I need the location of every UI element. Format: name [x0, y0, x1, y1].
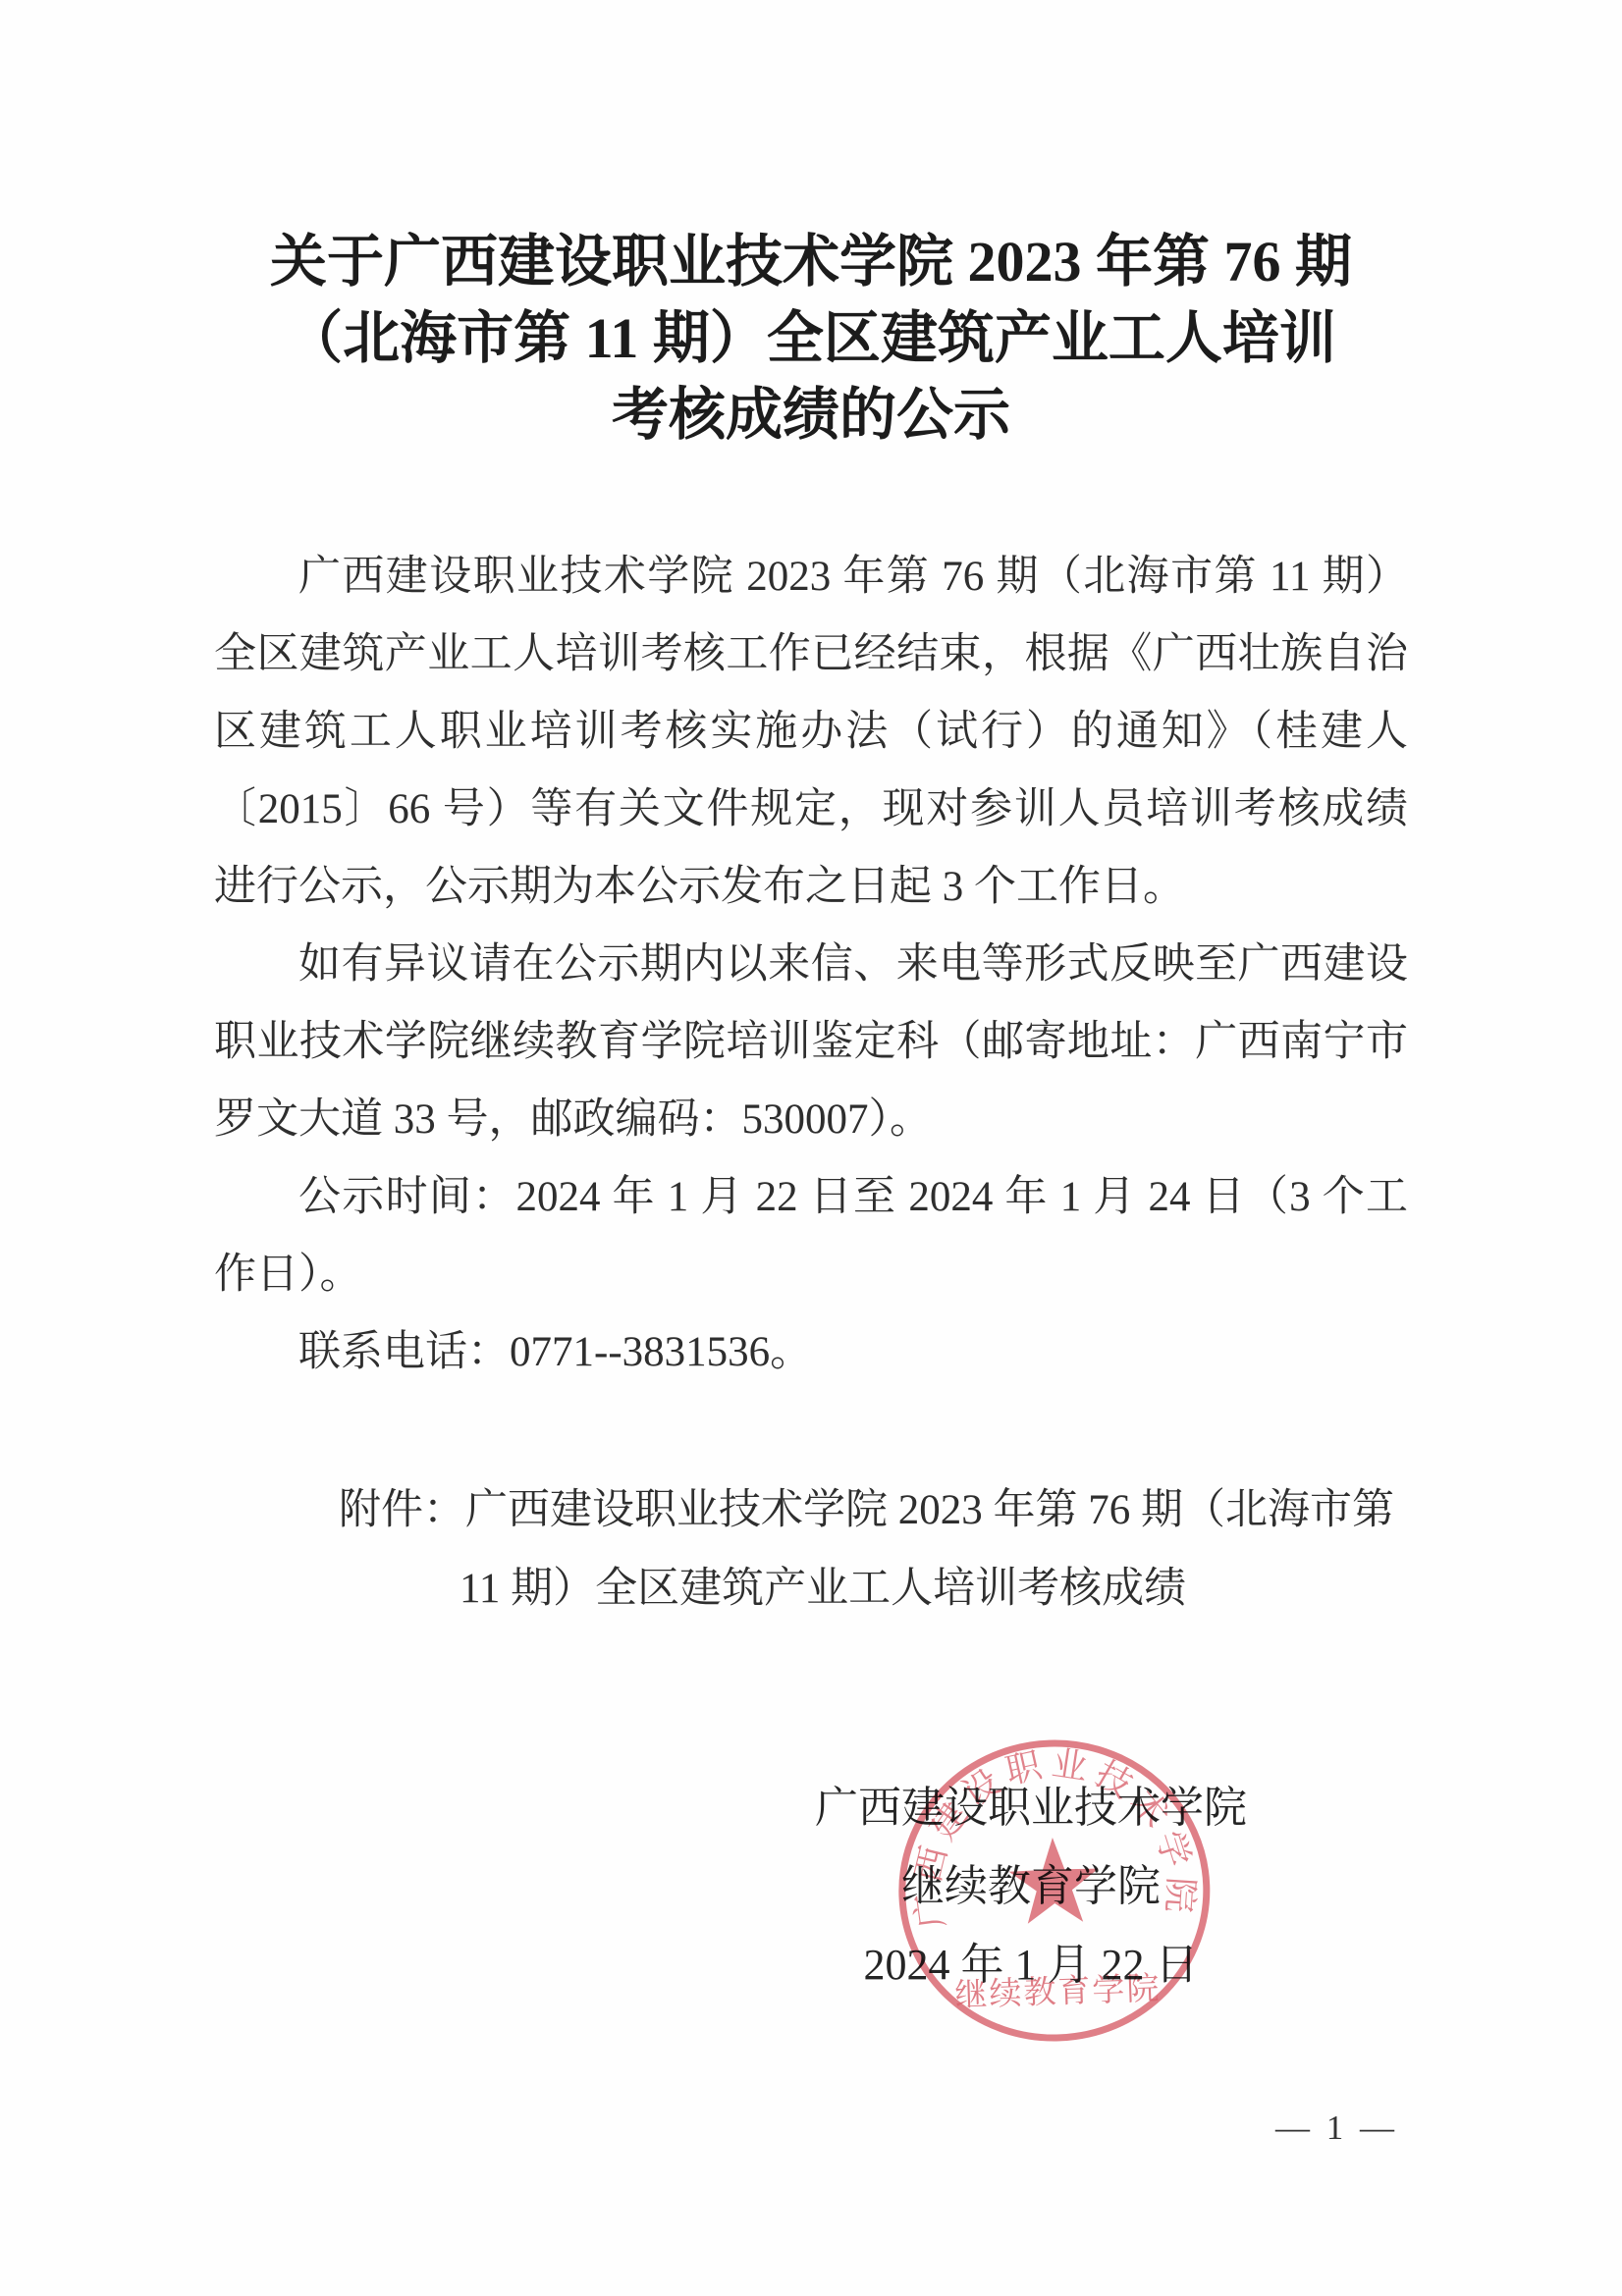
paragraph-2-line: 如有异议请在公示期内以来信、来电等形式反映至广西建设: [214, 926, 1408, 1003]
attachment-line-2: 11 期）全区建筑产业工人培训考核成绩: [214, 1550, 1471, 1629]
official-seal-stamp: 广西建设职业技术学院 继续教育学院: [886, 1730, 1222, 2060]
contact-phone-line: 联系电话：0771--3831536。: [214, 1313, 1408, 1391]
seal-bottom-text: 继续教育学院: [954, 1970, 1162, 2013]
notice-body: 广西建设职业技术学院 2023 年第 76 期（北海市第 11 期） 全区建筑产…: [214, 538, 1408, 1391]
paragraph-2-line: 职业技术学院继续教育学院培训鉴定科（邮寄地址：广西南宁市: [214, 1003, 1408, 1081]
attachment-note: 附件：广西建设职业技术学院 2023 年第 76 期（北海市第 11 期）全区建…: [214, 1471, 1471, 1629]
attachment-line-1: 附件：广西建设职业技术学院 2023 年第 76 期（北海市第: [214, 1471, 1471, 1550]
paragraph-1-line: 区建筑工人职业培训考核实施办法（试行）的通知》（桂建人: [214, 693, 1408, 771]
star-icon: [1007, 1836, 1100, 1924]
title-line-3: 考核成绩的公示: [108, 377, 1514, 454]
paragraph-3-line: 作日）。: [214, 1236, 1408, 1313]
title-line-2: （北海市第 11 期）全区建筑产业工人培训: [108, 300, 1514, 377]
document-page: 关于广西建设职业技术学院 2023 年第 76 期 （北海市第 11 期）全区建…: [0, 0, 1622, 2296]
paragraph-1-line: 广西建设职业技术学院 2023 年第 76 期（北海市第 11 期）: [214, 538, 1408, 615]
page-number: — 1 —: [1275, 2109, 1398, 2148]
paragraph-1-line: 〔2015〕66 号）等有关文件规定，现对参训人员培训考核成绩: [214, 771, 1408, 848]
paragraph-1-line: 进行公示，公示期为本公示发布之日起 3 个工作日。: [214, 848, 1408, 926]
paragraph-3-line: 公示时间：2024 年 1 月 22 日至 2024 年 1 月 24 日（3 …: [214, 1158, 1408, 1236]
notice-title: 关于广西建设职业技术学院 2023 年第 76 期 （北海市第 11 期）全区建…: [108, 224, 1514, 454]
paragraph-2-line: 罗文大道 33 号，邮政编码：530007）。: [214, 1081, 1408, 1158]
paragraph-1-line: 全区建筑产业工人培训考核工作已经结束，根据《广西壮族自治: [214, 615, 1408, 693]
title-line-1: 关于广西建设职业技术学院 2023 年第 76 期: [108, 224, 1514, 300]
